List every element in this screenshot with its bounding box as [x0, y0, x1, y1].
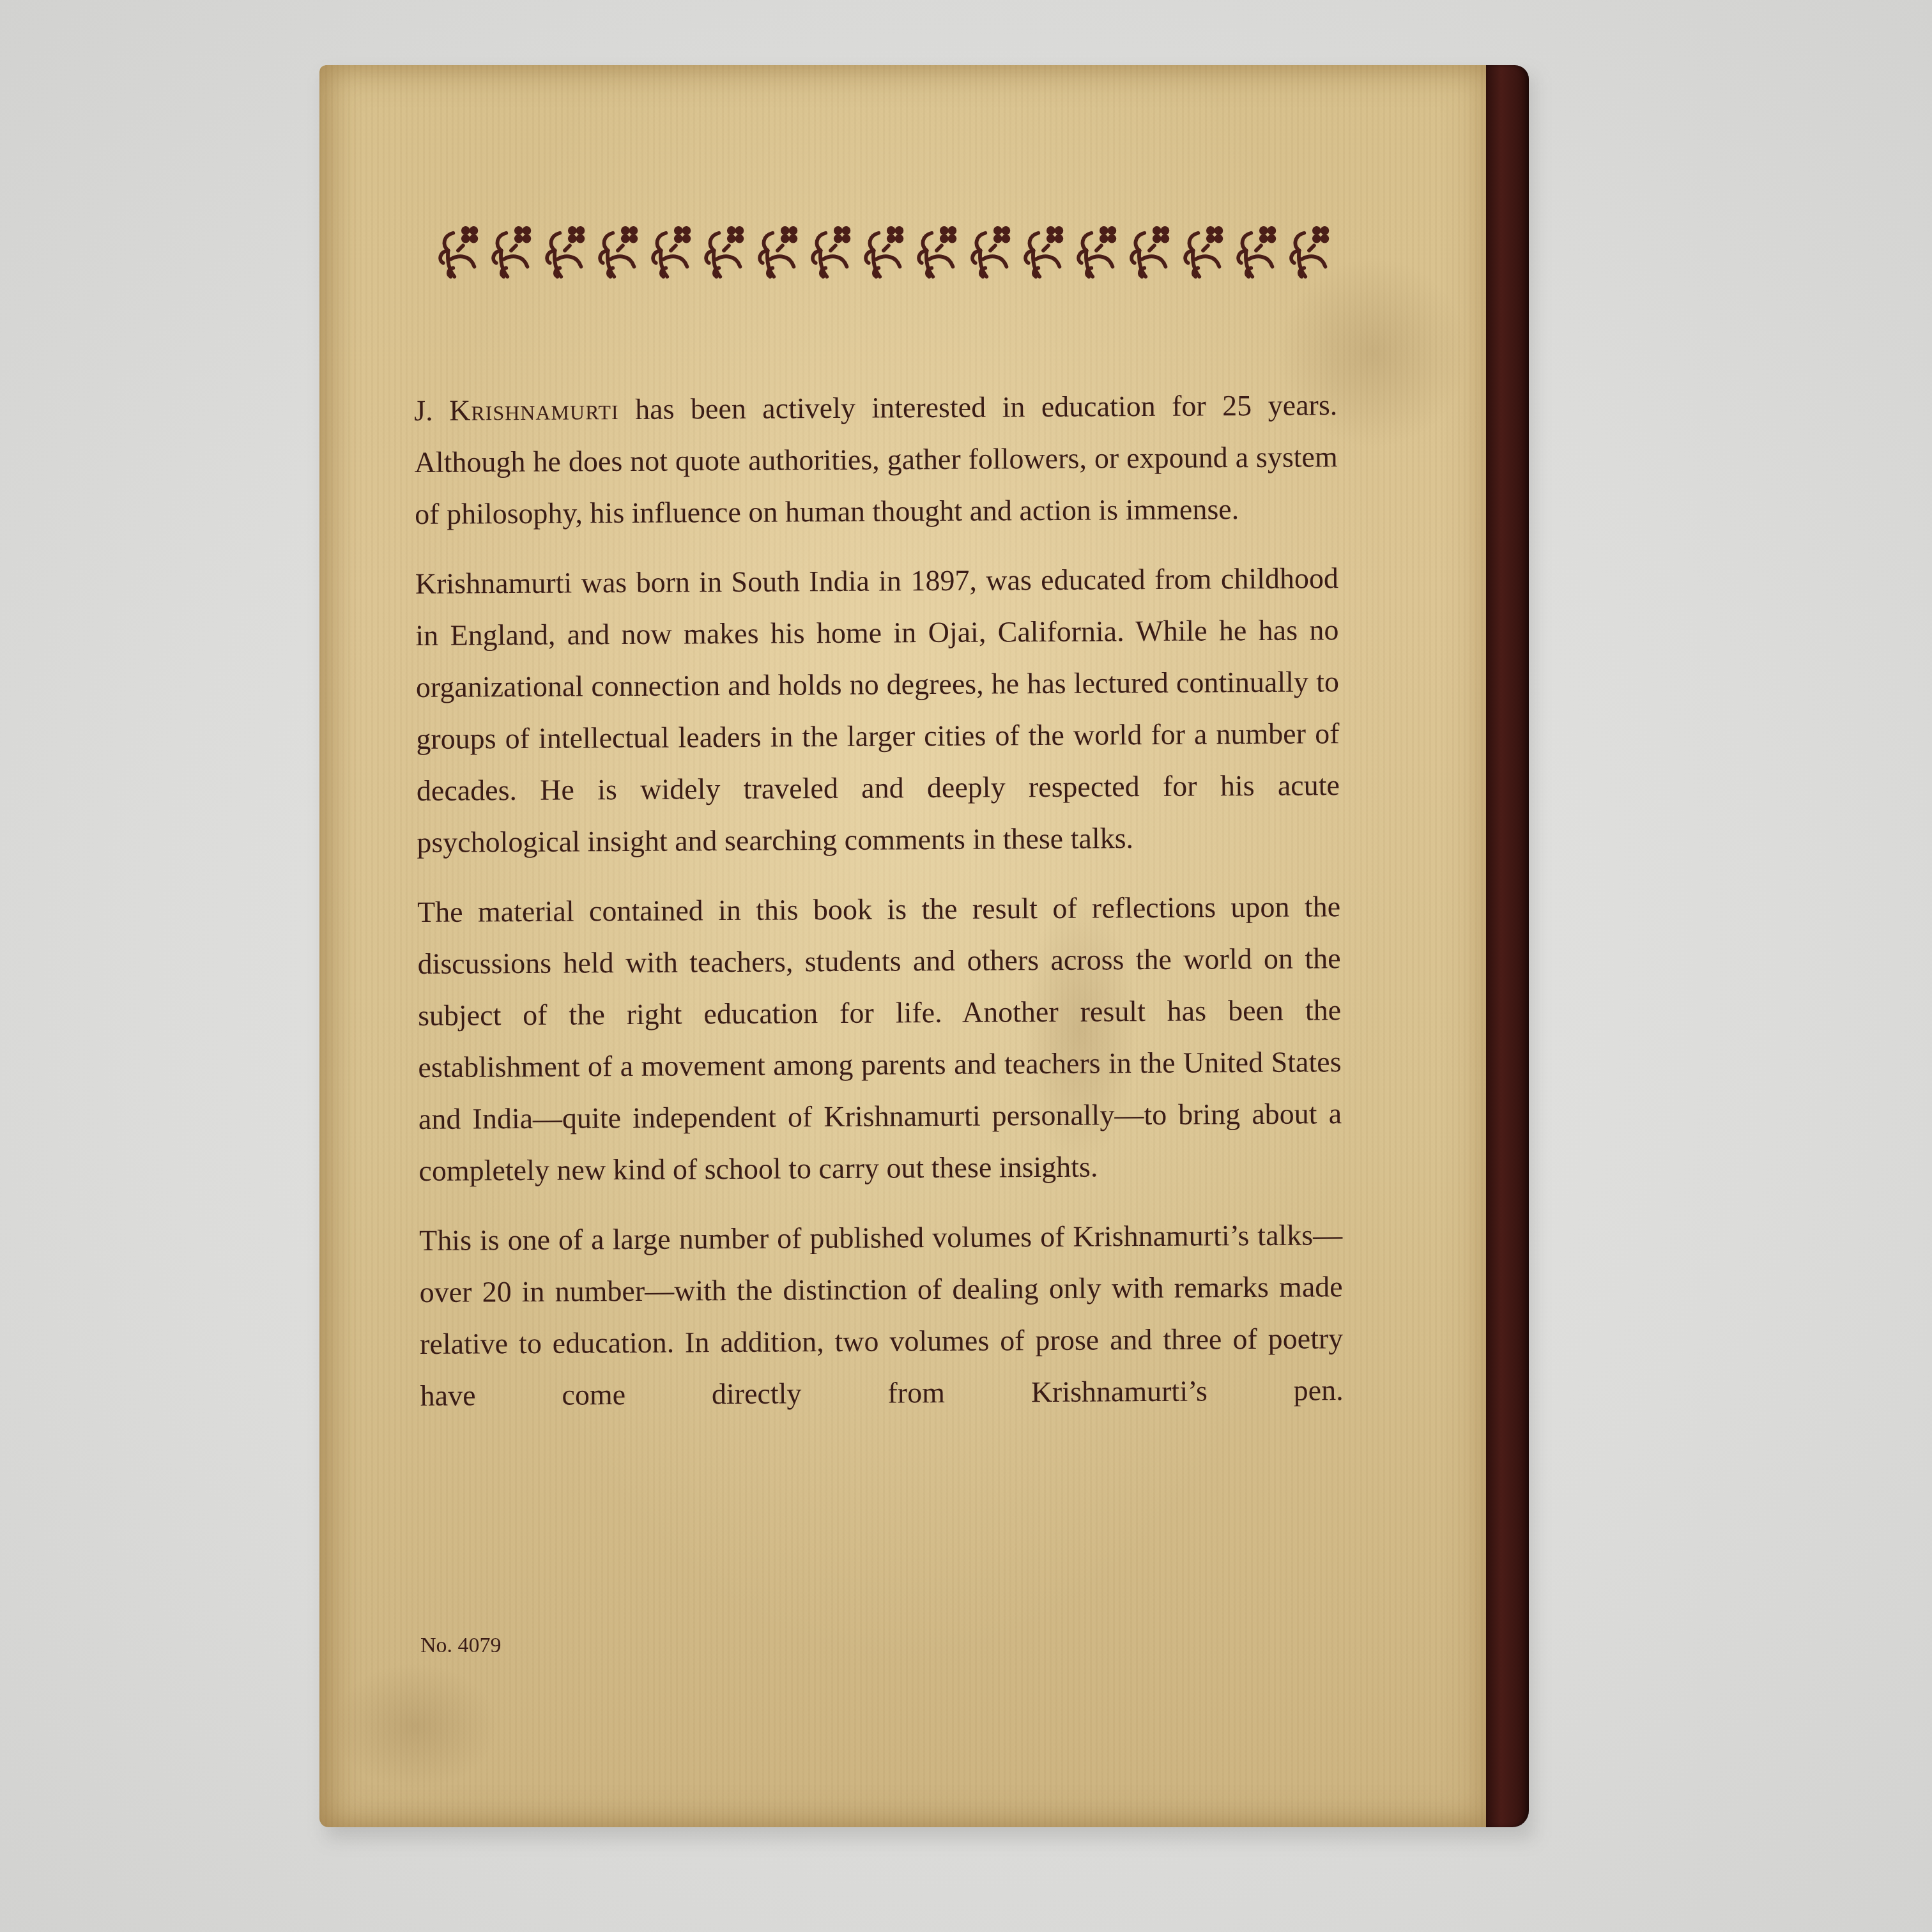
blurb-paragraph-3: The material contained in this book is t… — [417, 880, 1342, 1197]
blurb-paragraph-4: This is one of a large number of publish… — [419, 1209, 1344, 1422]
floral-fleuron-icon — [1285, 224, 1335, 280]
floral-fleuron-icon — [1179, 224, 1229, 280]
floral-fleuron-icon — [860, 224, 910, 280]
floral-ornament-border — [434, 224, 1335, 281]
author-initial: J. — [414, 394, 433, 427]
author-name: Krishnamurti — [449, 393, 619, 427]
floral-fleuron-icon — [594, 224, 644, 280]
book-spine — [1486, 65, 1529, 1827]
catalog-number: No. 4079 — [420, 1634, 502, 1658]
blurb-paragraph-1: J. Krishnamurti has been actively intere… — [414, 379, 1338, 540]
floral-fleuron-icon — [754, 224, 804, 280]
blurb-text: J. Krishnamurti has been actively intere… — [414, 379, 1344, 1439]
floral-fleuron-icon — [700, 224, 750, 280]
floral-fleuron-icon — [647, 224, 697, 280]
floral-fleuron-icon — [913, 224, 963, 280]
floral-fleuron-icon — [967, 224, 1016, 280]
blurb-paragraph-2: Krishnamurti was born in South India in … — [415, 552, 1340, 868]
floral-fleuron-icon — [487, 224, 537, 280]
floral-fleuron-icon — [807, 224, 857, 280]
book: J. Krishnamurti has been actively intere… — [319, 65, 1529, 1827]
floral-fleuron-icon — [1073, 224, 1123, 280]
back-cover: J. Krishnamurti has been actively intere… — [319, 65, 1486, 1827]
floral-fleuron-icon — [1020, 224, 1069, 280]
floral-fleuron-icon — [1126, 224, 1176, 280]
floral-fleuron-icon — [1232, 224, 1282, 280]
stain — [332, 1662, 498, 1790]
floral-fleuron-icon — [541, 224, 591, 280]
floral-fleuron-icon — [434, 224, 484, 280]
